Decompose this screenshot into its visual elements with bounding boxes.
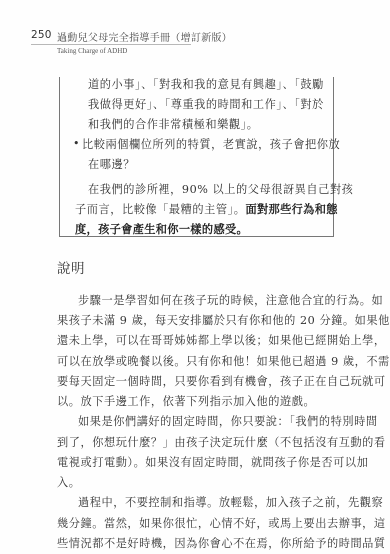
box-paragraph-line: 在我們的診所裡，90% 以上的父母很訝異自己對孩: [88, 183, 353, 197]
book-subtitle: Taking Charge of ADHD: [57, 47, 127, 55]
emphasis-line: 度，孩子會產生和你一樣的感受。: [75, 223, 248, 237]
section-heading: 說明: [57, 257, 85, 277]
box-paragraph-text: 子而言，比較像「最糟的主管」。: [75, 203, 245, 216]
body-line: 如果是你們講好的固定時間，你只要說：「我們的特別時間: [78, 415, 378, 429]
header-rule: [31, 44, 191, 45]
body-line: 以。放下手邊工作，依著下列指示加入他的遊戲。: [57, 395, 315, 409]
body-line: 到了，你想玩什麼？」由孩子決定玩什麼（不包括沒有互動的看: [57, 436, 386, 450]
body-line: 步驟一是學習如何在孩子玩的時候，注意他合宜的行為。如: [78, 294, 383, 308]
body-line: 入。: [57, 476, 80, 490]
body-line: 要每天固定一個時間，只要你看到有機會，孩子正在自己玩就可: [57, 375, 386, 389]
emphasis-text: 面對那些行為和態: [245, 203, 337, 216]
body-line: 過程中，不要控制和指導。放輕鬆，加入孩子之前，先觀察: [78, 496, 383, 510]
body-line: 幾分鐘。當然，如果你很忙，心情不好，或馬上要出去辦事，這: [57, 517, 386, 531]
body-line: 些情況都不是好時機，因為你會心不在焉，你所給予的時間品質: [57, 537, 386, 551]
page-number: 250: [31, 29, 52, 41]
box-list-line: 道的小事」、「對我和我的意見有興趣」、「鼓勵: [88, 78, 324, 92]
box-paragraph-line: 子而言，比較像「最糟的主管」。面對那些行為和態: [75, 203, 338, 217]
box-list-line: 我做得更好」、「尊重我的時間和工作」、「對於: [88, 98, 324, 112]
bullet-item-line: 比較兩個欄位所列的特質，老實說，孩子會把你放: [82, 138, 340, 152]
box-list-line: 和我們的合作非常積極和樂觀」。: [88, 118, 258, 132]
body-line: 還未上學，可以在哥哥姊姊都上學以後；如果他已經開始上學，: [57, 334, 386, 348]
body-line: 可以在放學或晚餐以後。只有你和他！如果他已超過 9 歲，不需: [57, 355, 390, 369]
book-page: 250 過動兒父母完全指導手冊（增訂新版） Taking Charge of A…: [0, 0, 390, 554]
body-line: 電視或打電動）。如果沒有固定時間，就問孩子你是否可以加: [57, 456, 368, 470]
bullet-item-line: 在哪邊？: [88, 158, 135, 172]
body-line: 果孩子未滿 9 歲，每天安排屬於只有你和他的 20 分鐘。如果他: [57, 314, 390, 328]
bullet-icon: •: [73, 137, 80, 150]
book-title: 過動兒父母完全指導手冊（增訂新版）: [57, 29, 232, 44]
